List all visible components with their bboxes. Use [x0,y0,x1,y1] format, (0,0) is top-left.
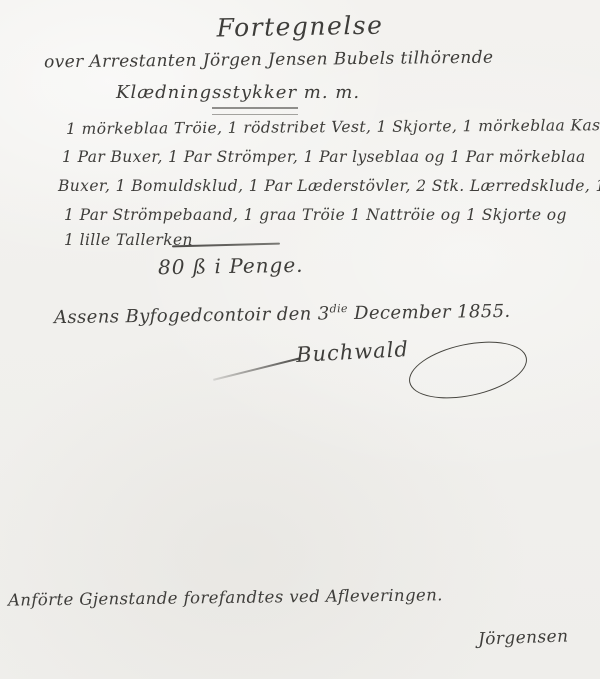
dateline-prefix: Assens Byfogedcontoir den 3 [54,303,330,328]
footer-delivery-note: Anförte Gjenstande forefandtes ved Aflev… [8,585,443,609]
inventory-line-1: 1 mörkeblaa Tröie, 1 rödstribet Vest, 1 … [66,116,600,138]
document-title: Fortegnelse [216,11,383,43]
subtitle-owner-line: over Arrestanten Jörgen Jensen Bubels ti… [44,48,494,73]
dateline-suffix: December 1855. [348,301,511,324]
signature-paraph-flourish [404,332,532,408]
subtitle-items-line: Klædningsstykker m. m. [116,82,360,103]
scanned-document-page: Fortegnelse over Arrestanten Jörgen Jens… [0,0,600,679]
signature-lead-stroke [213,357,301,381]
inventory-line-4: 1 Par Strömpebaand, 1 graa Tröie 1 Nattr… [64,206,567,224]
money-amount-line: 80 ß i Penge. [158,253,304,280]
official-signature: Buchwald [295,337,409,367]
inventory-line-2: 1 Par Buxer, 1 Par Strömper, 1 Par lyseb… [62,148,586,166]
inventory-line-3: Buxer, 1 Bomuldsklud, 1 Par Læderstövler… [58,177,600,195]
double-underline-decoration [212,107,298,115]
dateline-ordinal: die [330,302,348,315]
footer-signature: Jörgensen [478,626,569,649]
place-date-line: Assens Byfogedcontoir den 3die December … [54,300,511,328]
